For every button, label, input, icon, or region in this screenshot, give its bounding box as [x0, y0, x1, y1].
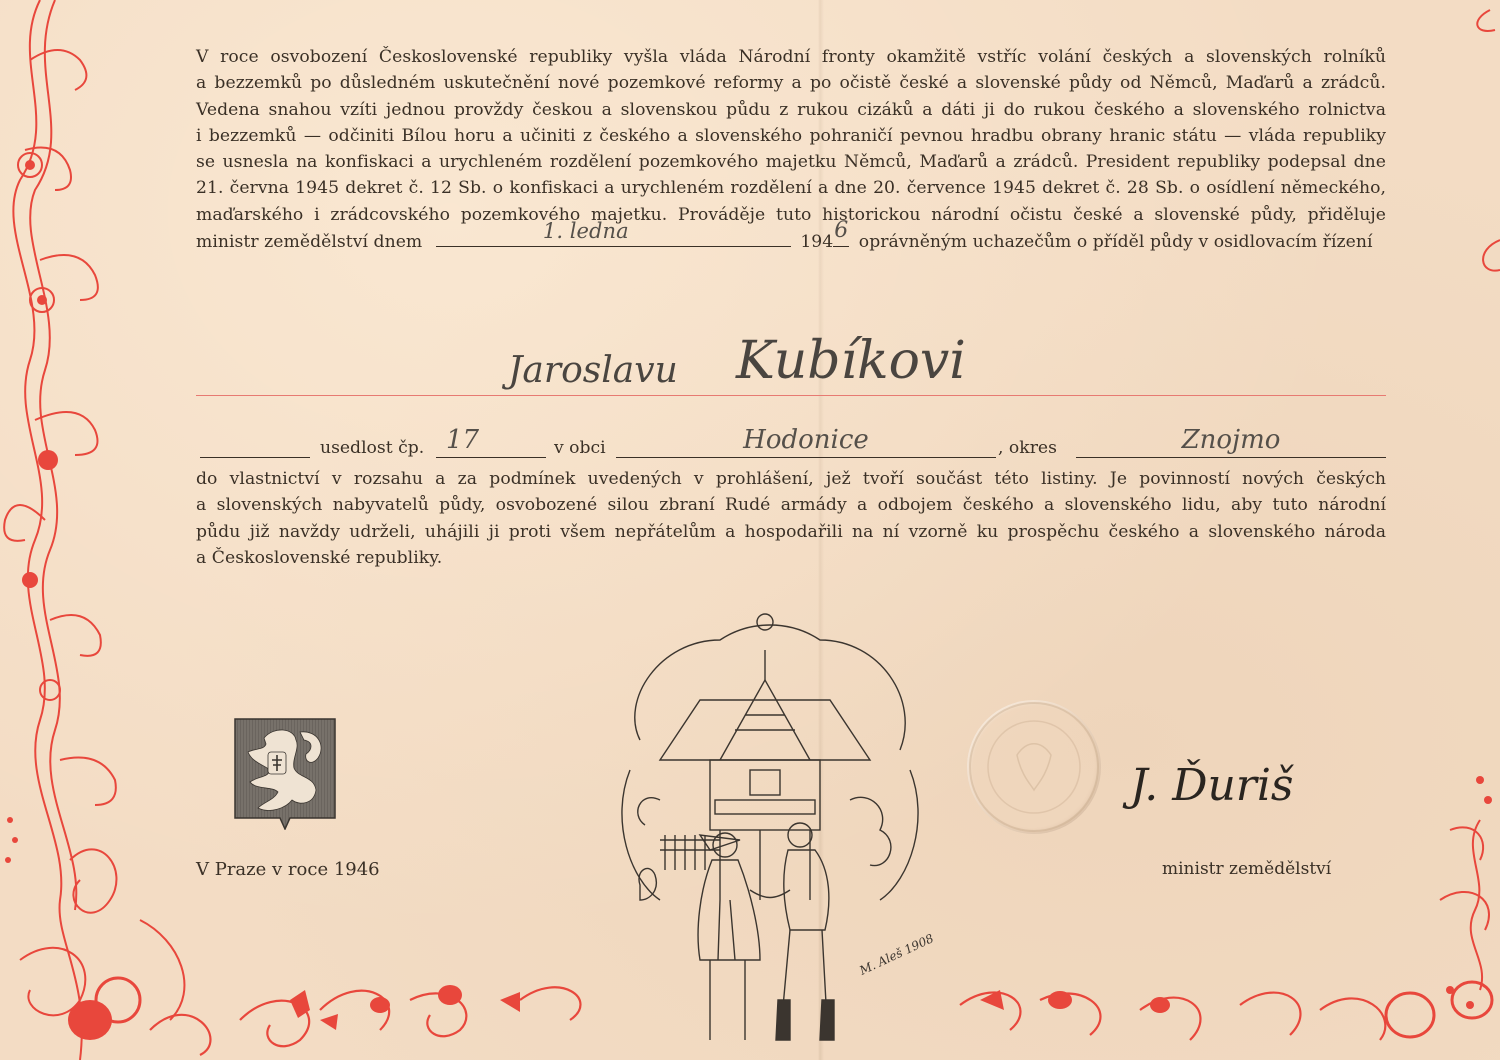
year-digit-field: 6 — [833, 228, 849, 247]
recipient-last-name: Kubíkovi — [736, 331, 966, 391]
intro-line: se usnesla na konfiskaci a urychleném ro… — [196, 149, 1386, 175]
place-and-date: V Praze v roce 1946 — [196, 859, 380, 880]
floral-border-right-icon — [1380, 0, 1500, 1060]
minister-signature: J. Ďuriš — [1130, 760, 1294, 811]
parcel-details-line: usedlost čp. 17 v obci Hodonice , okres … — [196, 428, 1386, 458]
date-line-prefix: ministr zemědělství dnem — [196, 232, 422, 252]
intro-line: a bezzemků po důsledném uskutečnění nové… — [196, 70, 1386, 96]
floral-border-left-icon — [0, 0, 190, 1060]
date-field: 1. ledna — [436, 228, 791, 247]
house-number-field: 17 — [436, 439, 546, 458]
year-prefix: 194 — [800, 232, 833, 252]
illustration-artist-signature: M. Aleš 1908 — [856, 931, 936, 978]
obligations-line: a slovenských nabyvatelů půdy, osvobozen… — [196, 492, 1386, 518]
recipient-name-line: Jaroslavu Kubíkovi — [196, 330, 1386, 396]
intro-line: 21. června 1945 dekret č. 12 Sb. o konfi… — [196, 175, 1386, 201]
allocation-date-line: ministr zemědělství dnem 1. ledna 1946 o… — [196, 228, 1386, 254]
handwritten-district: Znojmo — [1076, 425, 1386, 455]
village-field: Hodonice — [616, 439, 996, 458]
date-line-suffix: oprávněným uchazečům o příděl půdy v osi… — [859, 232, 1373, 252]
handwritten-year-digit: 6 — [833, 218, 849, 244]
house-number-label: usedlost čp. — [320, 438, 424, 458]
intro-line: i bezzemků — odčiniti Bílou horu a učini… — [196, 123, 1386, 149]
intro-line: Vedena snahou vzíti jednou provždy česko… — [196, 97, 1386, 123]
recipient-first-name: Jaroslavu — [508, 350, 678, 391]
district-field: Znojmo — [1076, 439, 1386, 458]
handwritten-house-number: 17 — [446, 425, 479, 455]
intro-paragraph: V roce osvobození Československé republi… — [196, 44, 1386, 254]
intro-line: V roce osvobození Československé republi… — [196, 44, 1386, 70]
obligations-line: půdu již navždy udrželi, uhájili ji prot… — [196, 519, 1386, 545]
handwritten-date: 1. ledna — [476, 218, 696, 244]
farmhouse-couple-illustration: M. Aleš 1908 — [600, 600, 940, 1060]
signature-text: J. Ďuriš — [1130, 760, 1294, 811]
blank-rule — [200, 439, 310, 458]
village-label: v obci — [554, 438, 606, 458]
obligations-paragraph: do vlastnictví v rozsahu a za podmínek u… — [196, 466, 1386, 571]
intro-line: maďarského i zrádcovského pozemkového ma… — [196, 202, 1386, 228]
czechoslovak-coat-of-arms-icon — [234, 718, 336, 830]
district-label: , okres — [998, 438, 1057, 458]
embossed-ministry-seal-icon — [967, 700, 1101, 834]
signatory-title: ministr zemědělství — [1162, 859, 1331, 879]
handwritten-village: Hodonice — [616, 425, 996, 455]
obligations-line: do vlastnictví v rozsahu a za podmínek u… — [196, 466, 1386, 492]
obligations-line: a Československé republiky. — [196, 545, 1386, 571]
